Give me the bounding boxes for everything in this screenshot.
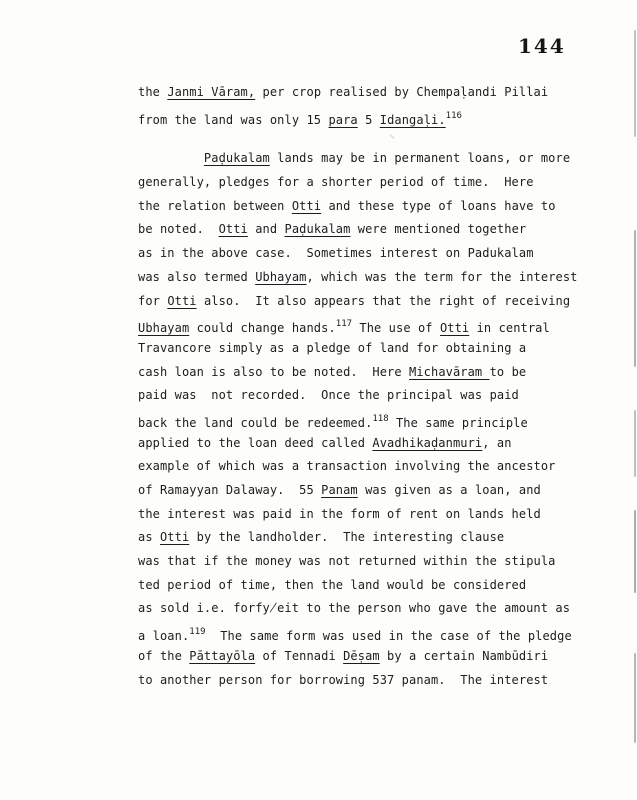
text-run: Travancore simply as a pledge of land fo… <box>138 341 526 355</box>
underlined-term: Otti <box>292 199 321 213</box>
footnote-ref: 119 <box>189 627 205 637</box>
text-line: paid was not recorded. Once the principa… <box>138 384 608 408</box>
text-line: was also termed Ubhayam, which was the t… <box>138 266 608 290</box>
underlined-term: Otti <box>167 294 196 308</box>
text-run: the <box>138 85 167 99</box>
text-run: as sold i.e. forfy̸eit to the person who… <box>138 601 570 615</box>
text-run: example of which was a transaction invol… <box>138 459 556 473</box>
underlined-term: Ubhayam <box>138 321 189 335</box>
page-number: 144 <box>518 34 566 58</box>
text-run: generally, pledges for a shorter period … <box>138 175 534 189</box>
text-line: from the land was only 15 para 5 Idangaḷ… <box>138 105 608 129</box>
text-run <box>138 151 204 165</box>
text-run: The use of <box>352 321 440 335</box>
text-run: as <box>138 530 160 544</box>
text-line: ted period of time, then the land would … <box>138 574 608 598</box>
text-run: of Ramayyan Dalaway. 55 <box>138 483 321 497</box>
text-run: could change hands. <box>189 321 336 335</box>
text-run: was given as a loan, and <box>358 483 541 497</box>
scan-artifact-line <box>634 510 636 593</box>
text-run: cash loan is also to be noted. Here <box>138 365 409 379</box>
text-run: for <box>138 294 167 308</box>
text-run: per crop realised by Chempaḷandi Pillai <box>255 85 548 99</box>
text-line: of Ramayyan Dalaway. 55 Panam was given … <box>138 479 608 503</box>
text-line: to another person for borrowing 537 pana… <box>138 669 608 693</box>
text-run: lands may be in permanent loans, or more <box>270 151 570 165</box>
text-line: cash loan is also to be noted. Here Mich… <box>138 361 608 385</box>
text-run: 5 <box>358 113 380 127</box>
footnote-ref: 116 <box>446 111 462 121</box>
text-run: also. It also appears that the right of … <box>197 294 571 308</box>
text-run: The same form was used in the case of th… <box>206 629 572 643</box>
document-page: 144 the Janmi Vāram, per crop realised b… <box>0 0 637 800</box>
underlined-term: Otti <box>219 222 248 236</box>
underlined-term: para <box>328 113 357 127</box>
text-line: generally, pledges for a shorter period … <box>138 171 608 195</box>
text-run: and these type of loans have to <box>321 199 555 213</box>
text-run: back the land could be redeemed. <box>138 416 372 430</box>
underlined-term: Janmi Vāram, <box>167 85 255 99</box>
text-run: of the <box>138 649 189 663</box>
text-line: be noted. Otti and Paḍukalam were mentio… <box>138 218 608 242</box>
text-run: , which was the term for the interest <box>306 270 577 284</box>
underlined-term: Avadhikaḍanmuri <box>372 436 482 450</box>
scan-artifact-line <box>634 230 636 367</box>
text-run: by a certain Nambūdiri <box>380 649 548 663</box>
underlined-term: Otti <box>160 530 189 544</box>
text-line: as sold i.e. forfy̸eit to the person who… <box>138 597 608 621</box>
text-line: was that if the money was not returned w… <box>138 550 608 574</box>
text-run: paid was not recorded. Once the principa… <box>138 388 519 402</box>
text-run: applied to the loan deed called <box>138 436 372 450</box>
text-line: back the land could be redeemed.118 The … <box>138 408 608 432</box>
text-run: a loan. <box>138 629 189 643</box>
text-line: applied to the loan deed called Avadhika… <box>138 432 608 456</box>
text-block: the Janmi Vāram, per crop realised by Ch… <box>138 81 608 692</box>
text-run: was also termed <box>138 270 255 284</box>
text-run: as in the above case. Sometimes interest… <box>138 246 534 260</box>
text-line: as Otti by the landholder. The interesti… <box>138 526 608 550</box>
text-run: the relation between <box>138 199 292 213</box>
scan-artifact-line <box>634 410 636 477</box>
underlined-term: Michavāram <box>409 365 490 379</box>
text-line: of the Pāttayōla of Tennadi Dēṣam by a c… <box>138 645 608 669</box>
text-run: and <box>248 222 285 236</box>
text-run: be noted. <box>138 222 219 236</box>
text-run: ted period of time, then the land would … <box>138 578 526 592</box>
text-line: the Janmi Vāram, per crop realised by Ch… <box>138 81 608 105</box>
footnote-ref: 118 <box>372 414 388 424</box>
text-run: was that if the money was not returned w… <box>138 554 556 568</box>
text-line: Travancore simply as a pledge of land fo… <box>138 337 608 361</box>
text-line: example of which was a transaction invol… <box>138 455 608 479</box>
text-run: to be <box>490 365 527 379</box>
text-run: of Tennadi <box>255 649 343 663</box>
scan-artifact-line <box>634 653 636 743</box>
text-line: as in the above case. Sometimes interest… <box>138 242 608 266</box>
text-run: The same principle <box>389 416 528 430</box>
underlined-term: Otti <box>440 321 469 335</box>
text-run: from the land was only 15 <box>138 113 328 127</box>
underlined-term: Ubhayam <box>255 270 306 284</box>
text-run: the interest was paid in the form of ren… <box>138 507 541 521</box>
text-run: , an <box>482 436 511 450</box>
text-run: were mentioned together <box>350 222 526 236</box>
text-line: Paḍukalam lands may be in permanent loan… <box>138 147 608 171</box>
underlined-term: Paḍukalam <box>285 222 351 236</box>
text-run: by the landholder. The interesting claus… <box>189 530 504 544</box>
text-line: Ubhayam could change hands.117 The use o… <box>138 313 608 337</box>
underlined-term: Idangaḷi. <box>380 113 446 127</box>
text-line: for Otti also. It also appears that the … <box>138 290 608 314</box>
scan-artifact-line <box>634 30 636 137</box>
underlined-term: Dēṣam <box>343 649 380 663</box>
text-run: in central <box>469 321 550 335</box>
text-run: to another person for borrowing 537 pana… <box>138 673 548 687</box>
text-line: the relation between Otti and these type… <box>138 195 608 219</box>
underlined-term: Paḍukalam <box>204 151 270 165</box>
underlined-term: Panam <box>321 483 358 497</box>
text-line: a loan.119 The same form was used in the… <box>138 621 608 645</box>
underlined-term: Pāttayōla <box>189 649 255 663</box>
footnote-ref: 117 <box>336 319 352 329</box>
text-line: the interest was paid in the form of ren… <box>138 503 608 527</box>
